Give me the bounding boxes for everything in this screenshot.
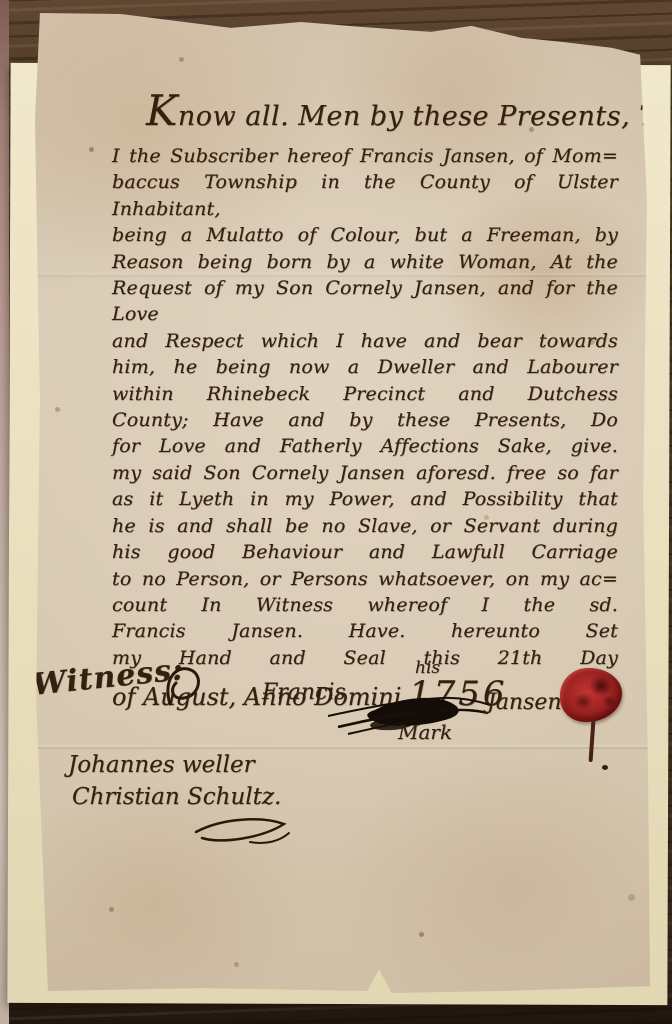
witness-signature: Johannes weller [68, 752, 255, 778]
manuscript-line: he is and shall be no Slave, or Servant … [112, 513, 618, 539]
manuscript-line: I the Subscriber hereof Francis Jansen, … [112, 143, 618, 169]
manuscript-paper: Know all. Men by these Presents, That I … [30, 8, 650, 1004]
manuscript-line: within Rhinebeck Precinct and Dutchess [112, 381, 618, 407]
manuscript-line: him, he being now a Dweller and Labourer [112, 354, 618, 380]
signature-surname: Jansen [487, 690, 562, 715]
witness-signature: Christian Schultz. [72, 784, 281, 810]
manuscript-line: County; Have and by these Presents, Do [112, 407, 618, 433]
manuscript-line: count In Witness whereof I the sd. [112, 592, 618, 618]
manuscript-line: to no Person, or Persons whatsoever, on … [112, 566, 618, 592]
manuscript-line: for Love and Fatherly Affections Sake, g… [112, 433, 618, 459]
manuscript-line: and Respect which I have and bear toward… [112, 328, 618, 354]
mark-word-upper: his [415, 658, 440, 678]
paper-specks [30, 8, 33, 11]
ink-flourish [160, 660, 210, 715]
manuscript-line: Francis Jansen. Have. hereunto Set [112, 618, 618, 644]
manuscript-line: baccus Township in the County of Ulster … [112, 169, 618, 222]
seal-ink-dot [602, 765, 608, 770]
manuscript-text-block: Know all. Men by these Presents, That I … [112, 86, 624, 714]
mark-word-lower: Mark [398, 720, 452, 744]
fold-crease [30, 745, 650, 749]
manuscript-line: Request of my Son Cornely Jansen, and fo… [112, 275, 618, 328]
manuscript-line: Reason being born by a white Woman, At t… [112, 249, 618, 275]
manuscript-line: being a Mulatto of Colour, but a Freeman… [112, 222, 618, 248]
manuscript-line: my said Son Cornely Jansen aforesd. free… [112, 460, 618, 486]
opening-line: Know all. Men by these Presents, That [146, 86, 624, 135]
photograph: Know all. Men by these Presents, That I … [0, 0, 672, 1024]
manuscript-line: as it Lyeth in my Power, and Possibility… [112, 486, 618, 512]
seal-stem-stroke [589, 720, 596, 762]
body-lines: I the Subscriber hereof Francis Jansen, … [112, 143, 624, 671]
manuscript-line: his good Behaviour and Lawfull Carriage [112, 539, 618, 565]
signature-flourish [190, 814, 294, 850]
